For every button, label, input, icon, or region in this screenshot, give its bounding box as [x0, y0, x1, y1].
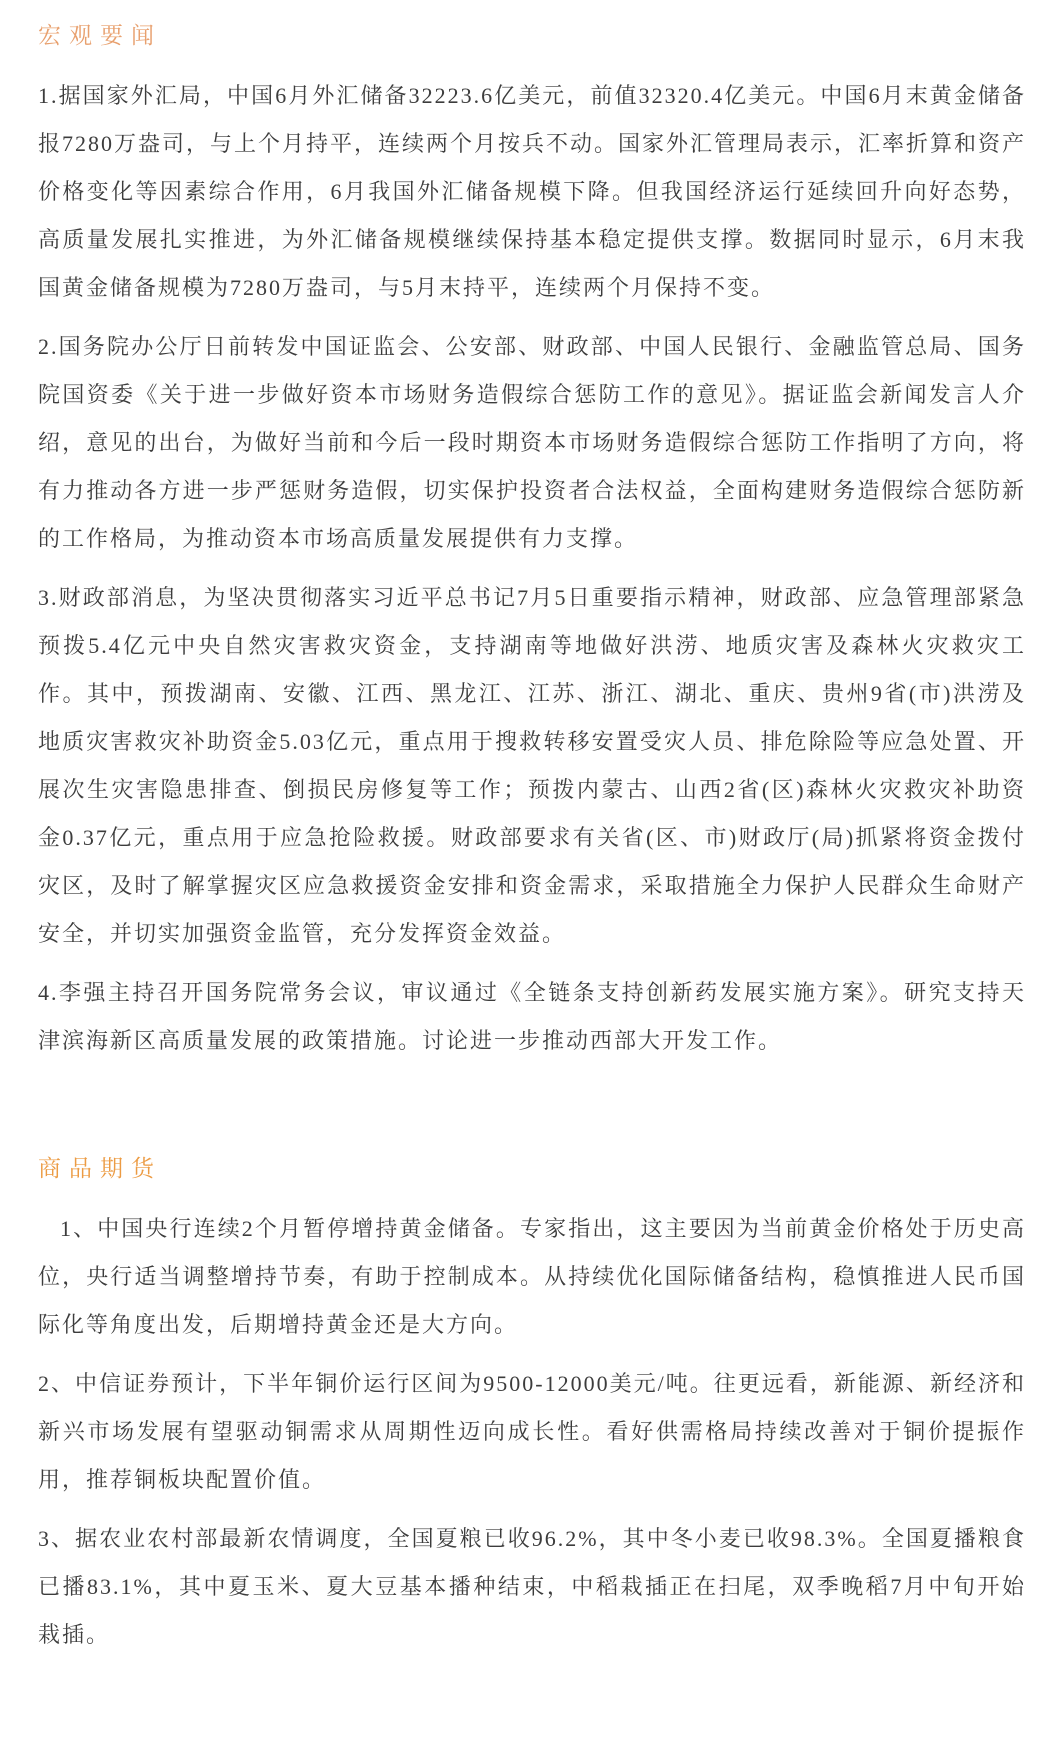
macro-news-paragraph-4: 4.李强主持召开国务院常务会议，审议通过《全链条支持创新药发展实施方案》。研究支… [38, 969, 1026, 1065]
section-title-macro-news: 宏观要闻 [38, 22, 1026, 50]
section-commodity-futures: 商品期货 1、中国央行连续2个月暂停增持黄金储备。专家指出，这主要因为当前黄金价… [38, 1155, 1026, 1659]
section-title-commodity-futures: 商品期货 [38, 1155, 1026, 1183]
commodity-paragraph-3: 3、据农业农村部最新农情调度，全国夏粮已收96.2%，其中冬小麦已收98.3%。… [38, 1515, 1026, 1659]
macro-news-paragraph-1: 1.据国家外汇局，中国6月外汇储备32223.6亿美元，前值32320.4亿美元… [38, 72, 1026, 312]
macro-news-paragraph-2: 2.国务院办公厅日前转发中国证监会、公安部、财政部、中国人民银行、金融监管总局、… [38, 323, 1026, 563]
commodity-paragraph-2: 2、中信证券预计，下半年铜价运行区间为9500-12000美元/吨。往更远看，新… [38, 1360, 1026, 1504]
macro-news-paragraph-3: 3.财政部消息，为坚决贯彻落实习近平总书记7月5日重要指示精神，财政部、应急管理… [38, 574, 1026, 958]
section-macro-news: 宏观要闻 1.据国家外汇局，中国6月外汇储备32223.6亿美元，前值32320… [38, 22, 1026, 1065]
commodity-paragraph-1: 1、中国央行连续2个月暂停增持黄金储备。专家指出，这主要因为当前黄金价格处于历史… [38, 1205, 1026, 1349]
newsletter-document: 宏观要闻 1.据国家外汇局，中国6月外汇储备32223.6亿美元，前值32320… [0, 0, 1064, 1710]
